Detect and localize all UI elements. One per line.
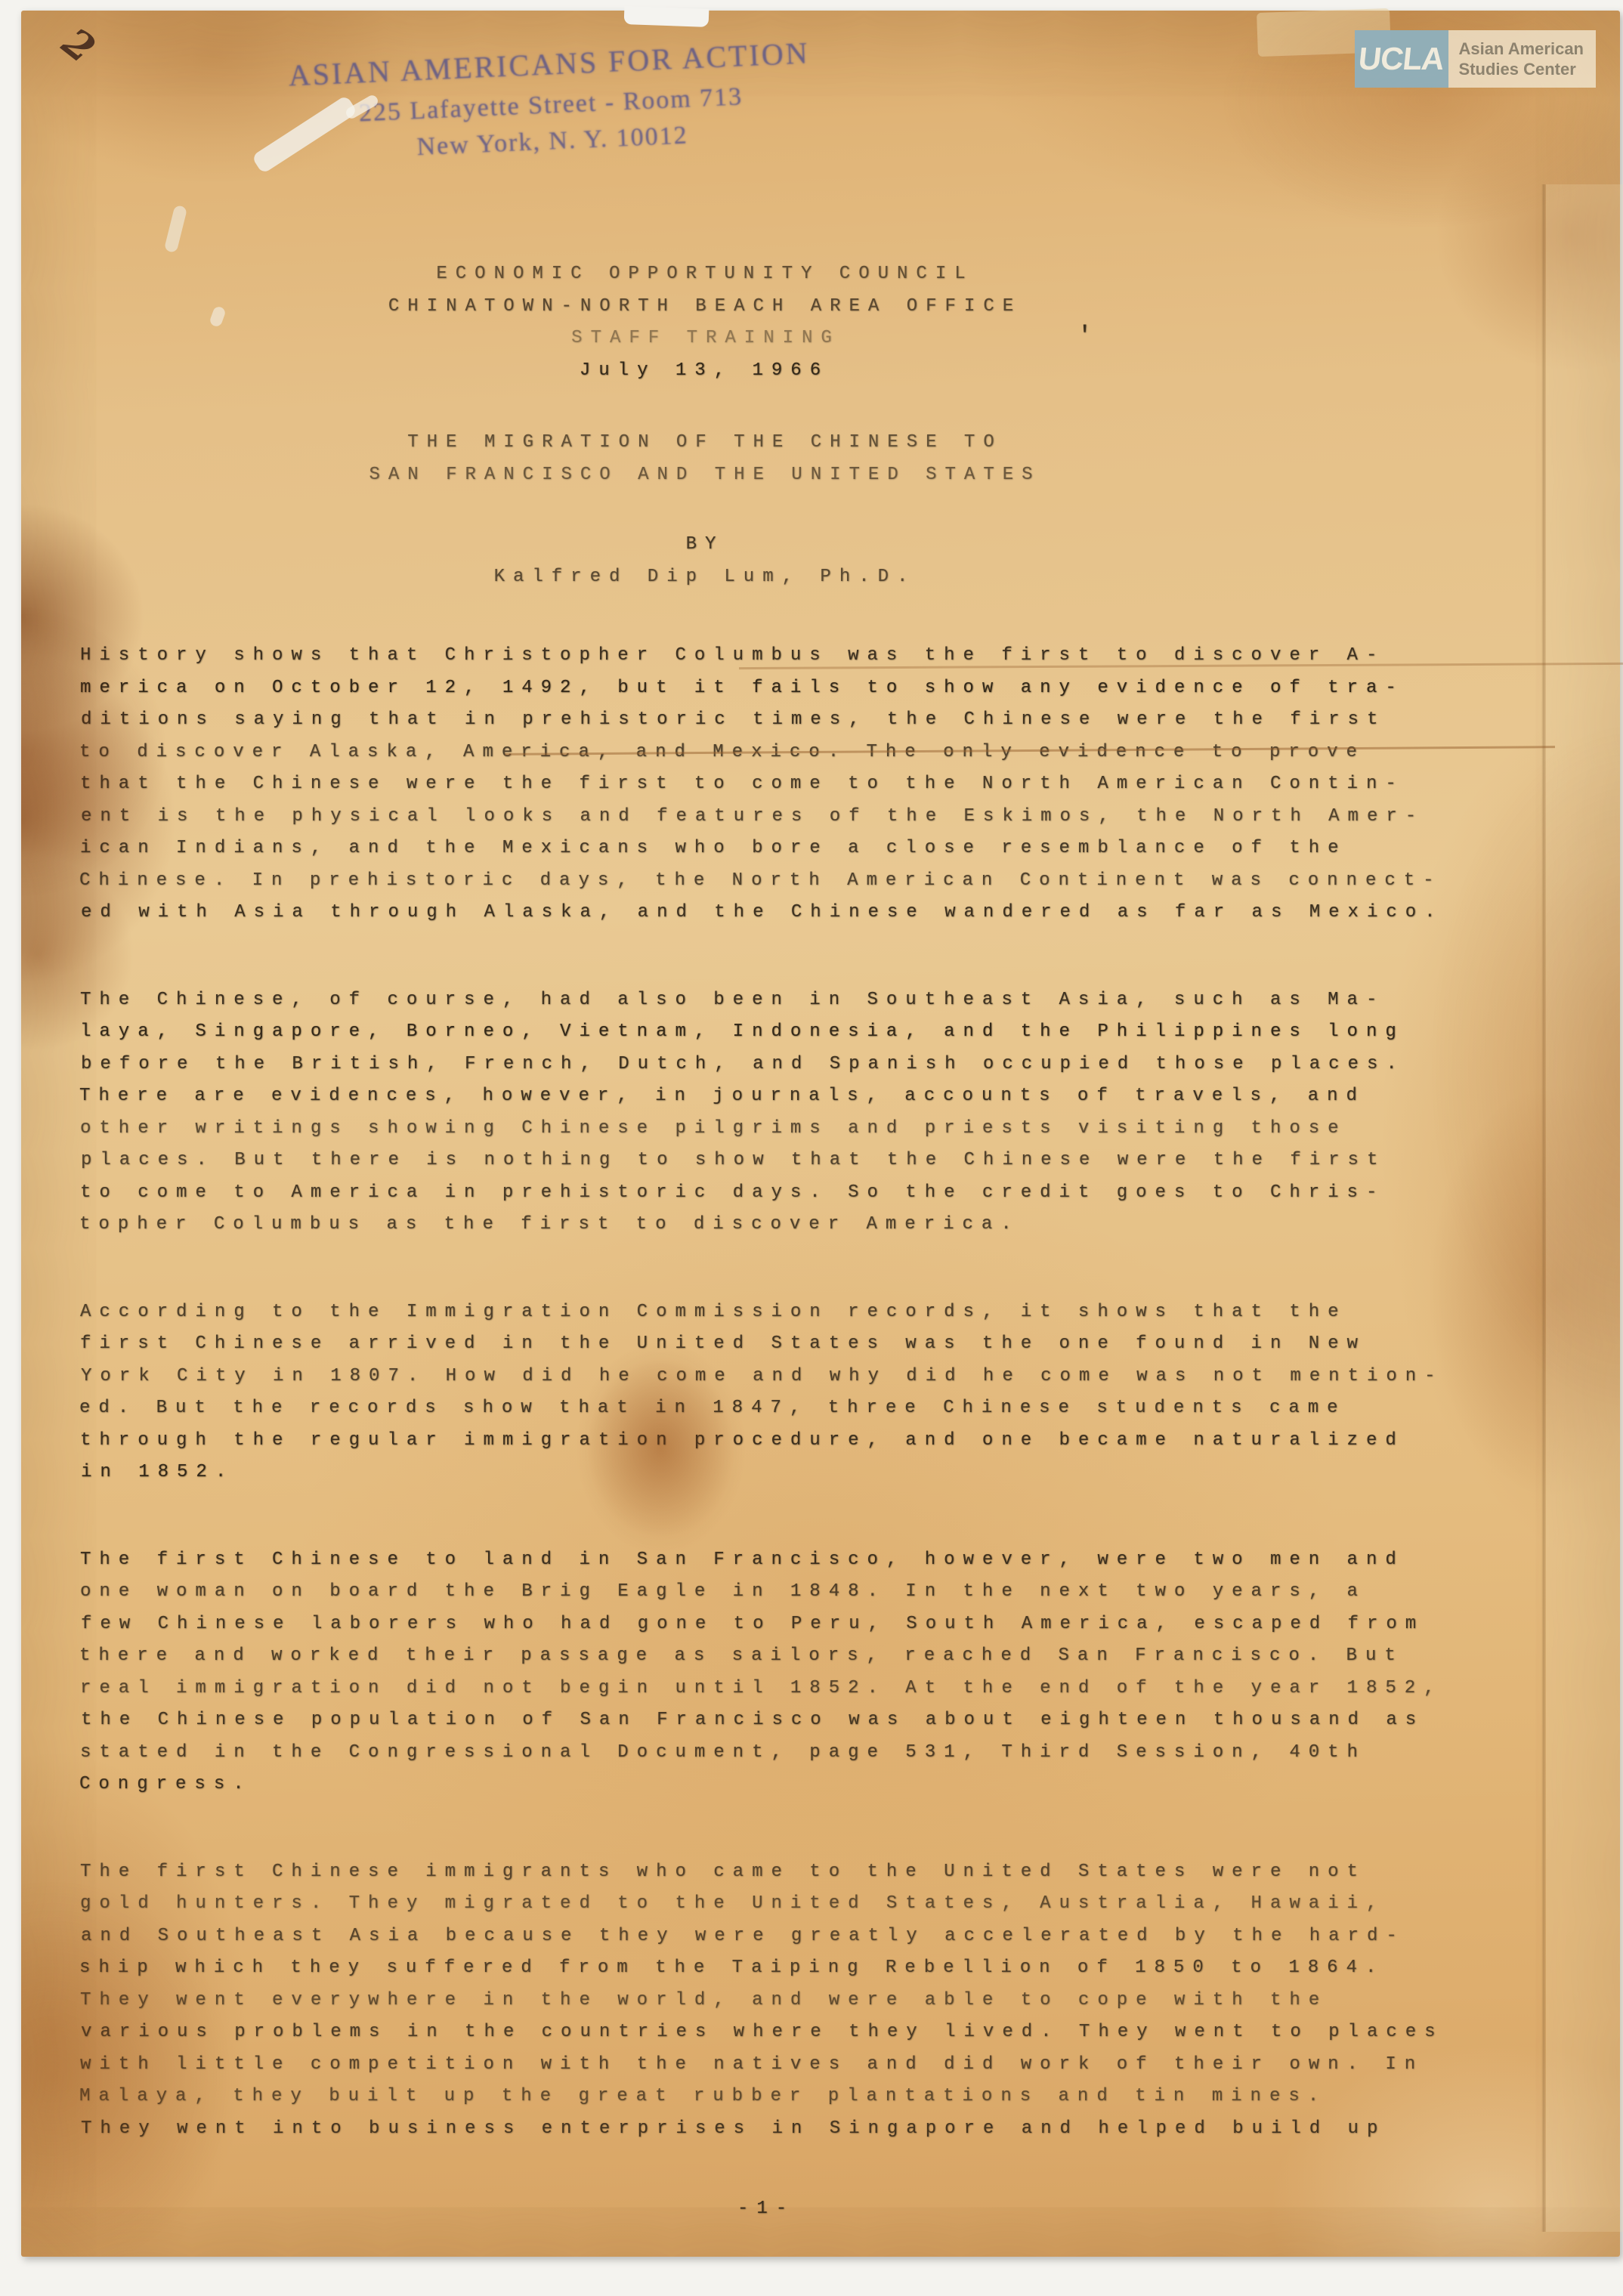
scuff-mark: [209, 305, 227, 328]
typed-line: ed with Asia through Alaska, and the Chi…: [81, 897, 1444, 929]
byline-label: BY: [494, 529, 917, 561]
typed-line: They went everywhere in the world, and w…: [80, 1985, 1443, 2017]
handwritten-page-number: 2: [54, 19, 104, 72]
body-text: History shows that Christopher Columbus …: [80, 640, 1443, 2200]
typed-line: to come to America in prehistoric days. …: [80, 1177, 1443, 1210]
typed-line: merica on October 12, 1492, but it fails…: [80, 672, 1443, 705]
typed-line: various problems in the countries where …: [81, 2016, 1444, 2049]
typed-line: ent is the physical looks and features o…: [81, 801, 1444, 833]
typed-line: laya, Singapore, Borneo, Vietnam, Indone…: [80, 1016, 1443, 1049]
typed-line: There are evidences, however, in journal…: [79, 1080, 1442, 1113]
typed-line: real immigration did not begin until 185…: [80, 1673, 1443, 1705]
typed-line: York City in 1807. How did he come and w…: [81, 1361, 1444, 1393]
paragraph-3: According to the Immigration Commission …: [80, 1296, 1443, 1489]
typed-line: topher Columbus as the first to discover…: [79, 1209, 1442, 1241]
paragraph-5: The first Chinese immigrants who came to…: [80, 1856, 1443, 2146]
typed-line: first Chinese arrived in the United Stat…: [80, 1328, 1443, 1361]
typed-line: before the British, French, Dutch, and S…: [81, 1049, 1444, 1081]
typed-line: other writings showing Chinese pilgrims …: [80, 1113, 1443, 1145]
header-date: July 13, 1966: [388, 355, 1021, 388]
typed-line: in 1852.: [81, 1457, 1444, 1489]
ucla-logo: UCLA: [1355, 30, 1448, 88]
document-title: THE MIGRATION OF THE CHINESE TO SAN FRAN…: [369, 427, 1040, 491]
typed-line: ican Indians, and the Mexicans who bore …: [80, 833, 1443, 865]
underlying-sheet: [1546, 184, 1623, 2232]
header-event: STAFF TRAINING: [389, 323, 1022, 355]
ucla-logo-text: UCLA: [1357, 41, 1446, 77]
typed-line: The Chinese, of course, had also been in…: [80, 984, 1443, 1017]
typed-line: The first Chinese to land in San Francis…: [80, 1544, 1443, 1577]
title-line: SAN FRANCISCO AND THE UNITED STATES: [369, 459, 1040, 492]
page-number: -1-: [737, 2199, 795, 2219]
typed-line: stated in the Congressional Document, pa…: [80, 1737, 1443, 1769]
typed-line: few Chinese laborers who had gone to Per…: [81, 1608, 1444, 1641]
typed-line: ditions saying that in prehistoric times…: [81, 704, 1444, 737]
typed-line: Malaya, they built up the great rubber p…: [79, 2081, 1442, 2113]
typed-line: there and worked their passage as sailor…: [79, 1640, 1442, 1673]
ucla-watermark: UCLA Asian American Studies Center: [1355, 30, 1596, 88]
typed-line: the Chinese population of San Francisco …: [81, 1704, 1444, 1737]
typed-line: ed. But the records show that in 1847, t…: [79, 1392, 1442, 1425]
typed-line: with little competition with the natives…: [80, 2049, 1443, 2081]
header-org: ECONOMIC OPPORTUNITY COUNCIL: [388, 258, 1022, 291]
typed-line: According to the Immigration Commission …: [80, 1296, 1443, 1329]
typed-line: to discover Alaska, America, and Mexico.…: [79, 737, 1442, 769]
watermark-org-name: Asian American Studies Center: [1448, 30, 1596, 88]
typed-line: Congress.: [79, 1769, 1442, 1801]
paragraph-4: The first Chinese to land in San Francis…: [80, 1544, 1443, 1801]
underlying-sheet-edge: [1541, 184, 1546, 2232]
title-line: THE MIGRATION OF THE CHINESE TO: [369, 427, 1040, 459]
typed-line: ship which they suffered from the Taipin…: [79, 1952, 1442, 1985]
header-office: CHINATOWN-NORTH BEACH AREA OFFICE: [388, 291, 1022, 323]
paper-tear: [624, 6, 709, 27]
org-address-stamp: ASIAN AMERICANS FOR ACTION 225 Lafayette…: [261, 34, 840, 168]
watermark-org-line2: Studies Center: [1459, 59, 1584, 79]
document-header: ECONOMIC OPPORTUNITY COUNCIL CHINATOWN-N…: [388, 258, 1022, 387]
watermark-org-line1: Asian American: [1459, 39, 1584, 59]
byline-author: Kalfred Dip Lum, Ph.D.: [494, 561, 917, 594]
document-page: 2 ASIAN AMERICANS FOR ACTION 225 Lafayet…: [21, 11, 1620, 2257]
stray-typed-mark: ': [1077, 322, 1100, 350]
typed-line: gold hunters. They migrated to the Unite…: [80, 1888, 1443, 1921]
typed-line: Chinese. In prehistoric days, the North …: [79, 865, 1442, 898]
typed-line: one woman on board the Brig Eagle in 184…: [80, 1576, 1443, 1608]
paragraph-1: History shows that Christopher Columbus …: [80, 640, 1443, 929]
byline: BY Kalfred Dip Lum, Ph.D.: [494, 529, 917, 593]
scuff-mark: [164, 205, 187, 253]
typed-line: and Southeast Asia because they were gre…: [81, 1921, 1444, 1953]
typed-line: through the regular immigration procedur…: [80, 1425, 1443, 1457]
typed-line: that the Chinese were the first to come …: [80, 768, 1443, 801]
typed-line: places. But there is nothing to show tha…: [81, 1145, 1444, 1177]
typed-line: History shows that Christopher Columbus …: [80, 640, 1443, 672]
typed-line: They went into business enterprises in S…: [81, 2113, 1444, 2146]
typed-line: The first Chinese immigrants who came to…: [80, 1856, 1443, 1889]
paragraph-2: The Chinese, of course, had also been in…: [80, 984, 1443, 1241]
